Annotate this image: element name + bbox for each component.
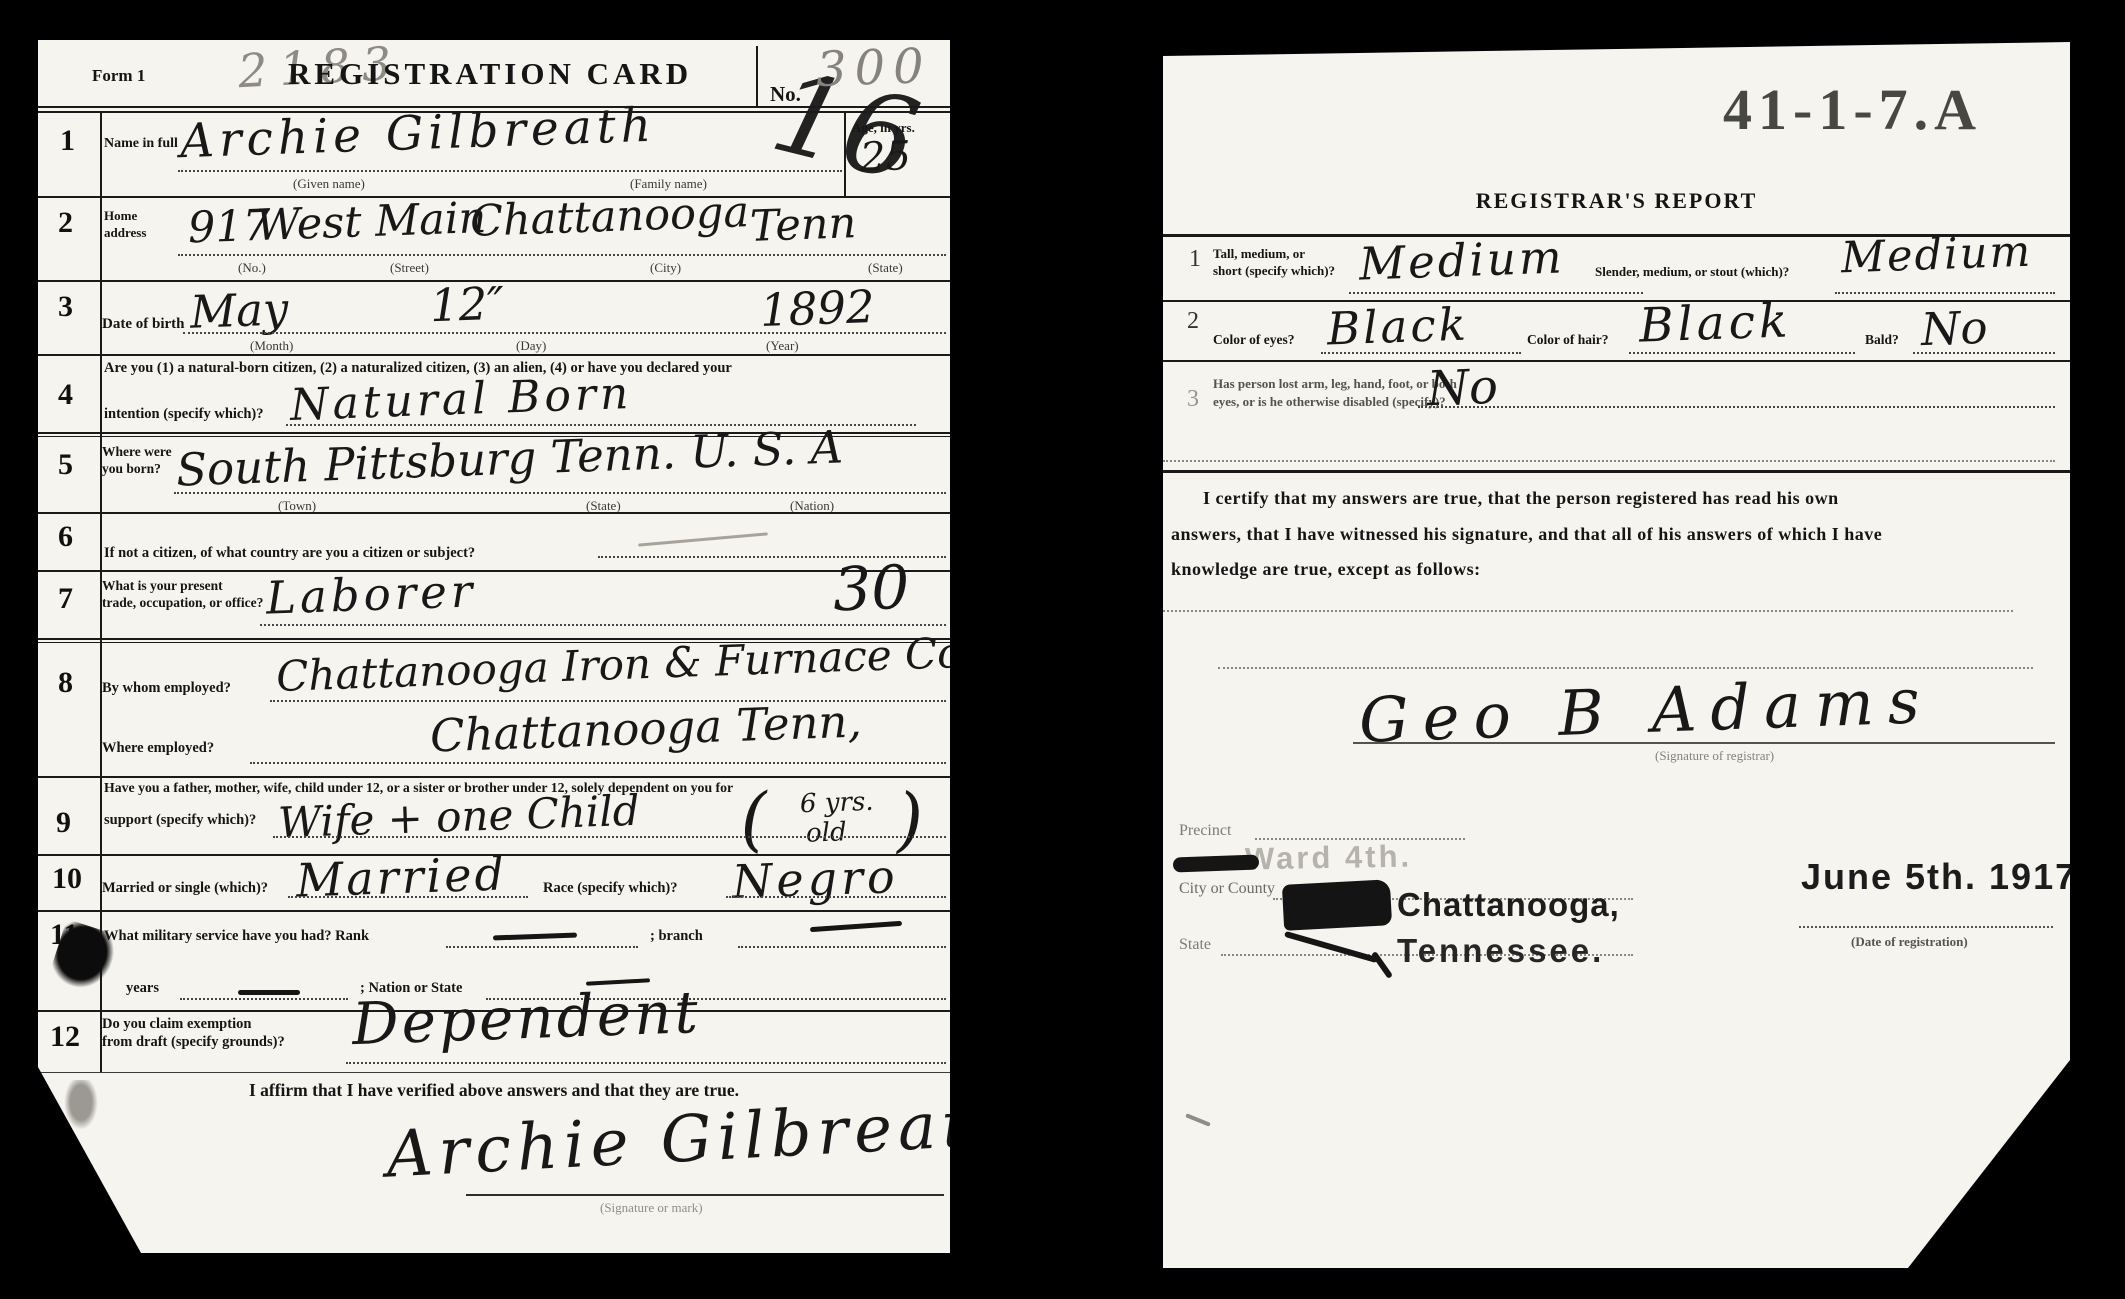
date-stamp: June 5th. 1917: [1801, 856, 2077, 898]
precinct-smudge: [1173, 855, 1259, 873]
city-stamp: Chattanooga,: [1397, 886, 1620, 924]
line6-number: 6: [58, 520, 73, 554]
line2-sub-city: (City): [650, 260, 681, 276]
row-rule-6: [38, 570, 950, 572]
report2-label1: Color of eyes?: [1213, 332, 1294, 348]
line2-sub-no: (No.): [238, 260, 266, 276]
line8-rule2: [250, 762, 946, 764]
line1-label: Name in full: [104, 136, 178, 152]
line3-rule: [183, 332, 946, 334]
row-rule-3: [38, 354, 950, 356]
line7-rule: [260, 624, 946, 626]
rank-dash-mark: [493, 933, 577, 941]
line4-number: 4: [58, 378, 73, 412]
report2-label3: Bald?: [1865, 332, 1899, 348]
branch-dash-mark: [810, 921, 902, 932]
line11-branch-rule: [738, 946, 946, 948]
line9-number: 9: [56, 806, 71, 840]
state-stamp: Tennessee.: [1397, 932, 1604, 970]
blank-long-rule: [1163, 460, 2055, 462]
line10-value2: Negro: [731, 849, 899, 909]
line7-value: Laborer: [265, 564, 477, 624]
row-rule-8: [38, 776, 950, 778]
registration-card-front: Form 1 2183 REGISTRATION CARD 16 No. 300…: [38, 40, 950, 1253]
line9-question2: support (specify which)?: [104, 812, 256, 829]
line12-value: Dependent: [351, 978, 702, 1058]
line1-sub-given: (Given name): [293, 176, 365, 192]
line3-sub-year: (Year): [766, 338, 799, 354]
line1-number: 1: [60, 124, 75, 158]
line11-label2: ; branch: [650, 928, 703, 945]
certification-line1: I certify that my answers are true, that…: [1203, 488, 1839, 509]
certification-line3: knowledge are true, except as follows:: [1171, 559, 1481, 580]
report1-number: 1: [1189, 246, 1201, 273]
line11-years-rule: [180, 998, 348, 1000]
line7-label2: trade, occupation, or office?: [102, 595, 263, 611]
line3-value-month: May: [189, 282, 289, 338]
report3-value: No: [1426, 359, 1499, 417]
line9-paren-top: 6 yrs.: [799, 787, 874, 820]
line3-value-year: 1892: [759, 280, 875, 337]
line11-label3: years: [126, 980, 159, 997]
line5-rule: [174, 492, 946, 494]
precinct-label: Precinct: [1179, 822, 1231, 840]
report3-label1: Has person lost arm, leg, hand, foot, or…: [1213, 376, 1457, 392]
line9-rule: [273, 836, 946, 838]
registrar-signature-caption: (Signature of registrar): [1655, 748, 1774, 764]
registrar-signature-rule: [1353, 742, 2055, 744]
line2-value-city: Chattanooga: [469, 187, 750, 247]
line3-number: 3: [58, 290, 73, 324]
line1-value: Archie Gilbreath: [179, 98, 657, 170]
line4-question: Are you (1) a natural-born citizen, (2) …: [104, 360, 732, 377]
line9-paren-close: ): [895, 778, 925, 861]
report2-value1: Black: [1326, 298, 1470, 356]
line12-rule: [346, 1062, 946, 1064]
line3-label: Date of birth: [102, 316, 185, 333]
age-value: 25: [859, 133, 911, 181]
signature-rule: [466, 1194, 944, 1196]
line2-label-home: Home: [104, 208, 137, 224]
line9-paren-open: (: [739, 778, 769, 861]
report2-value2: Black: [1638, 293, 1792, 353]
line5-label1: Where were: [102, 444, 172, 460]
line12-number: 12: [50, 1020, 80, 1054]
signature-caption: (Signature or mark): [600, 1200, 703, 1216]
report1-label3: Slender, medium, or stout (which)?: [1595, 264, 1789, 280]
line5-label2: you born?: [102, 461, 161, 477]
serial-no-label: No.: [770, 82, 801, 107]
report1-value2: Medium: [1840, 227, 2033, 284]
row-rule-5: [38, 512, 950, 514]
report2-rule2: [1629, 352, 1855, 354]
line1-rule: [178, 170, 842, 172]
line2-number: 2: [58, 206, 73, 240]
line11-rank-rule: [446, 946, 638, 948]
row-rule-10: [38, 910, 950, 912]
line4-value: Natural Born: [289, 368, 633, 431]
report2-rule3: [1913, 352, 2055, 354]
report3-number: 3: [1187, 386, 1199, 413]
line8-value2: Chattanooga Tenn,: [429, 694, 862, 762]
line10-label2: Race (specify which)?: [543, 880, 678, 897]
file-code-stamp: 41-1-7.A: [1723, 76, 1982, 143]
line10-rule2: [726, 896, 946, 898]
pencil-stroke: [638, 532, 768, 546]
line8-number: 8: [58, 666, 73, 700]
report-rule-2: [1163, 360, 2070, 362]
scanned-draft-card-page: Form 1 2183 REGISTRATION CARD 16 No. 300…: [0, 0, 2125, 1299]
line2-sub-state: (State): [868, 260, 903, 276]
line8-label1: By whom employed?: [102, 680, 231, 697]
card-title: REGISTRATION CARD: [288, 56, 692, 92]
city-label: City or County: [1179, 880, 1275, 898]
report1-rule2: [1835, 292, 2055, 294]
date-rule: [1799, 926, 2053, 928]
age-column-rule: [844, 112, 846, 196]
report2-value3: No: [1920, 301, 1988, 356]
report1-label2: short (specify which)?: [1213, 263, 1335, 279]
line3-sub-day: (Day): [516, 338, 546, 354]
line5-number: 5: [58, 448, 73, 482]
blank-rule-1: [1163, 610, 2013, 612]
line2-sub-street: (Street): [390, 260, 429, 276]
report1-rule1: [1349, 292, 1643, 294]
report-title: REGISTRAR'S REPORT: [1163, 188, 2070, 214]
report2-label2: Color of hair?: [1527, 332, 1609, 348]
report-rule-3: [1163, 470, 2070, 473]
pencil-tick: [1185, 1113, 1211, 1126]
ink-stamp-blot: [1282, 879, 1392, 931]
line9-paren-bottom: old: [805, 817, 847, 848]
registrant-signature: Archie Gilbreath: [384, 1085, 1022, 1192]
form-number-label: Form 1: [92, 66, 145, 86]
line7-mark: 30: [832, 553, 911, 626]
date-caption: (Date of registration): [1851, 934, 1968, 950]
line6-label: If not a citizen, of what country are yo…: [104, 545, 475, 562]
line2-label-address: address: [104, 225, 146, 241]
line10-value1: Married: [295, 846, 508, 907]
line3-sub-month: (Month): [250, 338, 293, 354]
check-mark-stroke: [1284, 931, 1378, 963]
line4-question2: intention (specify which)?: [104, 406, 264, 423]
report2-rule1: [1321, 352, 1521, 354]
report3-rule: [1418, 406, 2055, 408]
line12-label1: Do you claim exemption: [102, 1016, 251, 1033]
line2-value-state: Tenn: [749, 198, 857, 252]
registrars-report-back: 41-1-7.A REGISTRAR'S REPORT 1 Tall, medi…: [1163, 42, 2070, 1268]
certification-line2: answers, that I have witnessed his signa…: [1171, 524, 1882, 545]
line2-rule: [178, 254, 946, 256]
line3-value-day: 12″: [429, 277, 505, 333]
years-dash-mark: [238, 990, 300, 995]
report1-value1: Medium: [1358, 230, 1565, 290]
line12-label2: from draft (specify grounds)?: [102, 1034, 285, 1051]
line7-number: 7: [58, 582, 73, 616]
line10-label1: Married or single (which)?: [102, 880, 268, 897]
state-label: State: [1179, 936, 1211, 954]
report3-label2: eyes, or is he otherwise disabled (speci…: [1213, 394, 1446, 410]
line7-label1: What is your present: [102, 578, 223, 594]
line11-label1: What military service have you had? Rank: [104, 928, 369, 945]
ward-stamp: Ward 4th.: [1245, 839, 1413, 878]
header-divider: [756, 46, 758, 106]
line10-rule1: [288, 896, 528, 898]
line2-value-street: West Main: [255, 193, 487, 251]
row-rule-12: [38, 1072, 950, 1073]
smudge-mark: [64, 1080, 98, 1130]
report2-number: 2: [1187, 308, 1199, 335]
line8-label2: Where employed?: [102, 740, 214, 757]
report1-label1: Tall, medium, or: [1213, 246, 1305, 262]
line10-number: 10: [52, 862, 82, 896]
serial-no-value: 300: [815, 38, 933, 98]
